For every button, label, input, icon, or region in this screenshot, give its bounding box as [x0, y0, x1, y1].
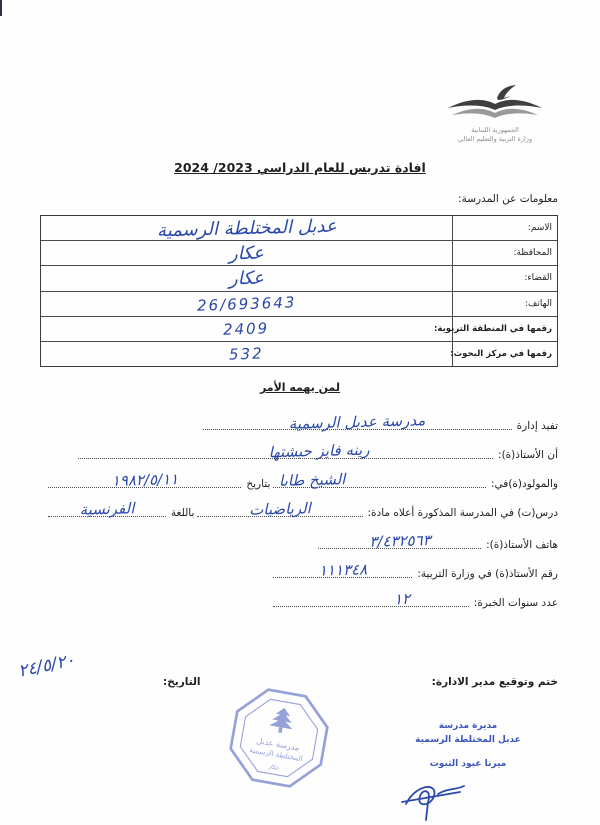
stamp-signature-label: ختم وتوقيع مدير الادارة: [432, 676, 558, 688]
table-row: المحافظة: عكار [41, 240, 557, 265]
handwritten-district: عكار [229, 268, 264, 290]
handwritten-district-number: 2409 [223, 319, 270, 339]
line-label: درس(ت) في المدرسة المذكورة أعلاه مادة: [366, 507, 558, 519]
dotted-fill: مدرسة عدبل الرسمية [203, 417, 512, 430]
scan-edge-artifact [0, 0, 2, 16]
line-label: والمولود(ة)في: [489, 478, 558, 490]
handwritten-date: ٢٤/٥/٢٠ [17, 650, 77, 681]
row-value-phone: 26/693643 [41, 292, 452, 316]
line-label: باللغة [169, 507, 195, 519]
line-label: أن الأستاذ(ة): [496, 449, 558, 461]
table-row: الهاتف: 26/693643 [41, 291, 557, 316]
line-label: تفيد إدارة [515, 420, 558, 432]
handwritten-birthplace: الشيخ طابا [279, 470, 346, 490]
row-value-district: عكار [41, 266, 452, 290]
dotted-fill: ١٩٨٢/٥/١١ [48, 475, 241, 488]
handwritten-ministry-number: ١١١٣٤٨ [318, 560, 367, 579]
line-label: رقم الأستاذ(ة) في وزارة التربية: [415, 568, 558, 580]
document-title: افادة تدريس للعام الدراسي 2023/ 2024 [0, 160, 600, 175]
handwritten-language: الفرنسية [79, 499, 134, 518]
seal-arc-text: عكار [267, 763, 280, 772]
handwritten-experience-years: ١٢ [394, 590, 411, 608]
table-row: القضاء: عكار [41, 265, 557, 290]
school-seal-stamp: مدرسة عدبل المختلطة الرسمية عكار [214, 675, 343, 801]
letter-line-administration: تفيد إدارة مدرسة عدبل الرسمية [200, 412, 558, 432]
dotted-fill: رينه فايز حبشتها [78, 446, 493, 459]
row-value-governorate: عكار [41, 241, 452, 265]
concern-heading: لمن يهمه الأمر [0, 381, 600, 394]
letter-line-experience: عدد سنوات الخبرة: ١٢ [270, 589, 558, 609]
school-info-table: الاسم: عدبل المختلطة الرسمية المحافظة: ع… [40, 215, 558, 367]
row-label-research-number: رقمها في مركز البحوث: [452, 342, 557, 366]
table-row: الاسم: عدبل المختلطة الرسمية [41, 216, 557, 240]
date-label: التاريخ: [163, 676, 201, 688]
letter-line-teacher-name: أن الأستاذ(ة): رينه فايز حبشتها [75, 441, 558, 461]
ministry-line: وزارة التربية والتعليم العالي [430, 135, 560, 144]
table-row: رقمها في مركز البحوث: 532 [41, 341, 557, 366]
school-info-section-label: معلومات عن المدرسة: [458, 193, 558, 205]
letter-line-birth: والمولود(ة)في: الشيخ طابا بتاريخ ١٩٨٢/٥/… [45, 470, 558, 490]
handwritten-subject: الرياضيات [249, 499, 311, 519]
handwritten-administration: مدرسة عدبل الرسمية [289, 411, 426, 433]
dotted-fill: ١٢ [273, 594, 469, 607]
dotted-fill: ٣/٤٣٢٥٦٣ [318, 536, 481, 549]
row-value-district-number: 2409 [41, 317, 452, 341]
dotted-fill: الرياضيات [197, 504, 362, 517]
handwritten-school-name: عدبل المختلطة الرسمية [156, 215, 336, 241]
line-label: هاتف الأستاذ(ة): [484, 539, 558, 551]
row-value-research-number: 532 [41, 342, 452, 366]
row-label-governorate: المحافظة: [452, 241, 557, 265]
letter-line-subject: درس(ت) في المدرسة المذكورة أعلاه مادة: ا… [45, 499, 558, 519]
handwritten-teacher-name: رينه فايز حبشتها [268, 441, 369, 462]
scanned-document-page: الجمهورية اللبنانية وزارة التربية والتعل… [0, 0, 600, 825]
line-label: عدد سنوات الخبرة: [472, 597, 558, 609]
row-label-district-number: رقمها في المنطقة التربوية: [452, 317, 557, 341]
principal-school: عدبل المختلطة الرسمية [388, 734, 548, 748]
dotted-fill: الفرنسية [48, 504, 166, 517]
letter-line-ministry-number: رقم الأستاذ(ة) في وزارة التربية: ١١١٣٤٨ [270, 560, 558, 580]
line-label: بتاريخ [244, 478, 270, 490]
row-label-name: الاسم: [452, 216, 557, 240]
row-label-phone: الهاتف: [452, 292, 557, 316]
letter-line-teacher-phone: هاتف الأستاذ(ة): ٣/٤٣٢٥٦٣ [315, 531, 558, 551]
handwritten-school-phone: 26/693643 [197, 293, 297, 314]
principal-title: مديرة مدرسة [388, 720, 548, 734]
row-value-name: عدبل المختلطة الرسمية [41, 216, 452, 240]
handwritten-teacher-phone: ٣/٤٣٢٥٦٣ [369, 531, 431, 551]
handwritten-birthdate: ١٩٨٢/٥/١١ [111, 470, 178, 490]
dotted-fill: ١١١٣٤٨ [273, 565, 412, 578]
ministry-logo-block: الجمهورية اللبنانية وزارة التربية والتعل… [430, 84, 560, 145]
principal-stamp-text: مديرة مدرسة عدبل المختلطة الرسمية ميرنا … [388, 720, 548, 772]
republic-line: الجمهورية اللبنانية [430, 126, 560, 135]
table-row: رقمها في المنطقة التربوية: 2409 [41, 316, 557, 341]
handwritten-governorate: عكار [229, 242, 264, 264]
dotted-fill: الشيخ طابا [273, 475, 486, 488]
handwritten-research-number: 532 [229, 344, 264, 363]
ministry-open-book-icon [440, 84, 550, 126]
row-label-district: القضاء: [452, 266, 557, 290]
principal-name: ميرنا عبود الثبوت [388, 758, 548, 772]
signature-scribble-icon [398, 780, 470, 822]
cedar-tree-icon [268, 706, 295, 735]
school-octagon-seal-icon: مدرسة عدبل المختلطة الرسمية عكار [214, 675, 343, 801]
